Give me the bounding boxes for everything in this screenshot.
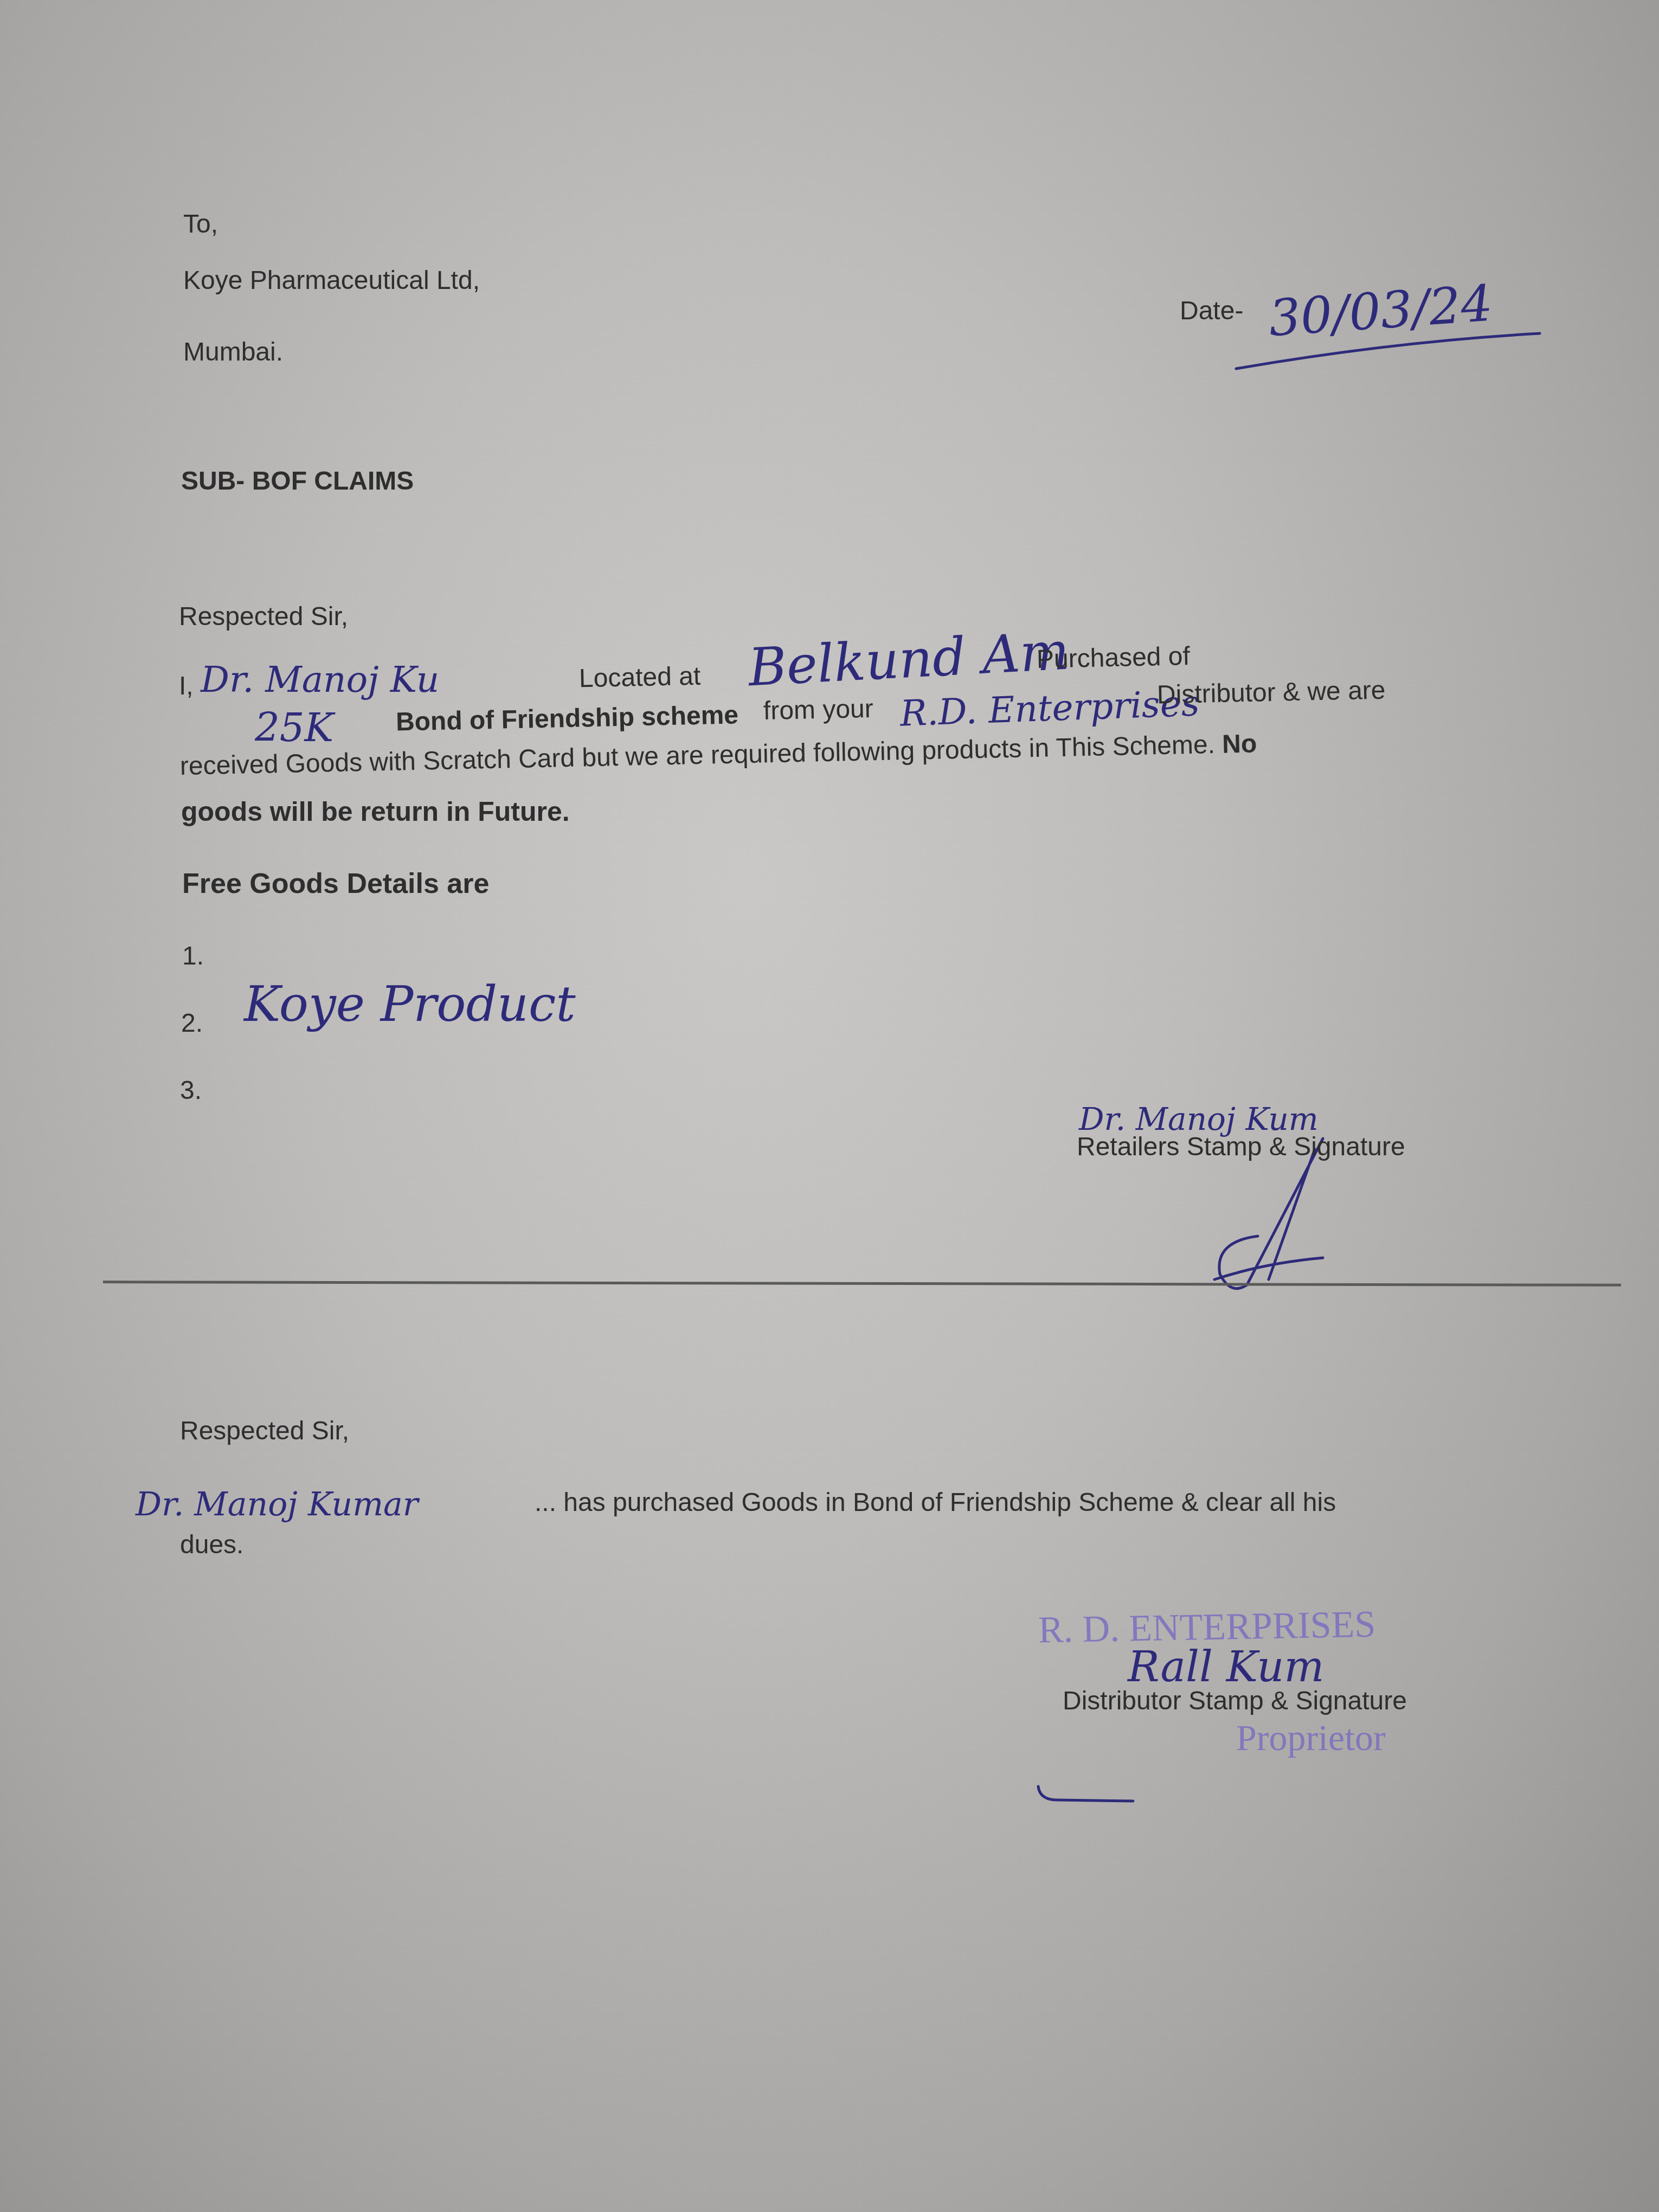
- purchased-label: Purchased of: [1036, 642, 1190, 674]
- document-page: To, Koye Pharmaceutical Ltd, Mumbai. Dat…: [0, 0, 1659, 2212]
- certification-salutation: Respected Sir,: [180, 1417, 349, 1446]
- certification-name-handwritten: Dr. Manoj Kumar: [136, 1486, 418, 1523]
- para-line-4: goods will be return in Future.: [181, 797, 570, 827]
- distributor-signature: Rall Kum: [1128, 1643, 1324, 1692]
- certification-text: ... has purchased Goods in Bond of Frien…: [535, 1489, 1336, 1517]
- certification-text-cont: dues.: [180, 1531, 243, 1560]
- distributor-name-handwritten: R.D. Enterprises: [899, 682, 1200, 734]
- ink-mark: [1036, 1784, 1144, 1805]
- retailer-name-handwritten: Dr. Manoj Ku: [201, 659, 439, 700]
- para-prefix: I,: [179, 672, 194, 701]
- free-goods-item-3-number: 3.: [180, 1077, 202, 1105]
- located-label: Located at: [578, 663, 700, 693]
- free-goods-item-2-value: Koye Product: [244, 976, 576, 1033]
- distributor-sign-label: Distributor Stamp & Signature: [1063, 1687, 1407, 1716]
- para-line-3-bold: No: [1222, 729, 1257, 758]
- retailer-signature-name: Dr. Manoj Kum: [1079, 1101, 1319, 1137]
- free-goods-item-1-number: 1.: [182, 942, 204, 971]
- from-label: from your: [763, 695, 873, 726]
- distributor-label: Distributor & we are: [1156, 677, 1385, 710]
- recipient-name: Koye Pharmaceutical Ltd,: [183, 267, 480, 295]
- recipient-city: Mumbai.: [183, 338, 283, 367]
- salutation: Respected Sir,: [179, 603, 348, 632]
- para-line-3: received Goods with Scratch Card but we …: [179, 730, 1257, 781]
- to-label: To,: [183, 210, 218, 239]
- amount-handwritten: 25K: [255, 705, 333, 750]
- subject-line: SUB- BOF CLAIMS: [181, 467, 414, 496]
- free-goods-heading: Free Goods Details are: [182, 869, 489, 899]
- section-divider: [103, 1281, 1621, 1287]
- para-line-3-text: received Goods with Scratch Card but we …: [179, 730, 1215, 781]
- distributor-stamp-title: Proprietor: [1236, 1716, 1386, 1759]
- bond-label: Bond of Friendship scheme: [396, 701, 739, 737]
- location-handwritten: Belkund Am: [747, 621, 1070, 698]
- date-underline: [1231, 304, 1545, 380]
- retailer-sign-label: Retailers Stamp & Signature: [1077, 1133, 1405, 1162]
- free-goods-item-2-number: 2.: [181, 1009, 203, 1038]
